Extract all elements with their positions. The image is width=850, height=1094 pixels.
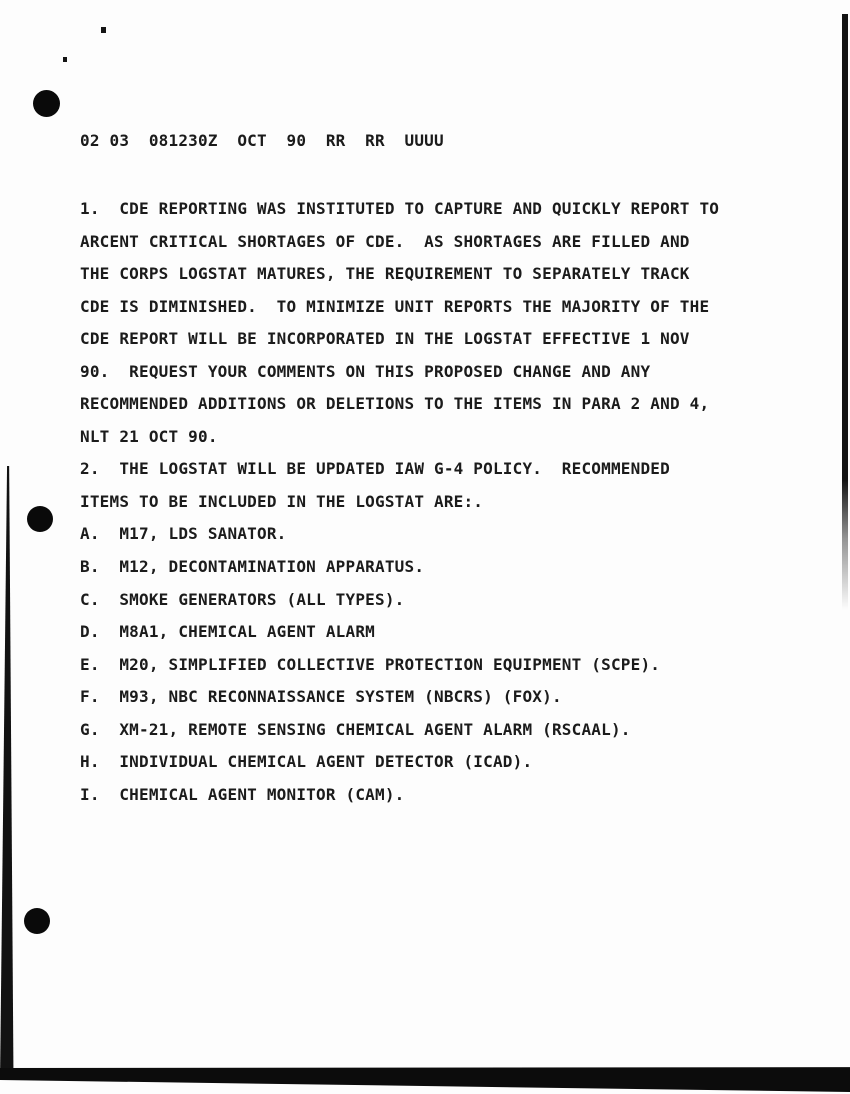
- document-line: 2. THE LOGSTAT WILL BE UPDATED IAW G-4 P…: [80, 453, 719, 486]
- document-line: C. SMOKE GENERATORS (ALL TYPES).: [80, 584, 719, 617]
- document-page: 02 03 081230Z OCT 90 RR RR UUUU 1. CDE R…: [0, 0, 850, 1094]
- hole-punch-mark: [33, 90, 60, 117]
- scan-edge-bottom: [0, 1066, 850, 1094]
- document-line: A. M17, LDS SANATOR.: [80, 518, 719, 551]
- document-line: ITEMS TO BE INCLUDED IN THE LOGSTAT ARE:…: [80, 486, 719, 519]
- document-line: B. M12, DECONTAMINATION APPARATUS.: [80, 551, 719, 584]
- document-line: G. XM-21, REMOTE SENSING CHEMICAL AGENT …: [80, 714, 719, 747]
- hole-punch-mark: [27, 506, 53, 532]
- scan-edge-left: [0, 466, 15, 1080]
- document-line: CDE REPORT WILL BE INCORPORATED IN THE L…: [80, 323, 719, 356]
- document-line: I. CHEMICAL AGENT MONITOR (CAM).: [80, 779, 719, 812]
- document-line: THE CORPS LOGSTAT MATURES, THE REQUIREME…: [80, 258, 719, 291]
- hole-punch-mark: [24, 908, 50, 934]
- scan-speck: [63, 57, 67, 62]
- document-line: RECOMMENDED ADDITIONS OR DELETIONS TO TH…: [80, 388, 719, 421]
- scan-edge-right: [842, 14, 848, 610]
- document-line: 90. REQUEST YOUR COMMENTS ON THIS PROPOS…: [80, 356, 719, 389]
- message-header-line: 02 03 081230Z OCT 90 RR RR UUUU: [80, 131, 444, 151]
- scan-speck: [101, 27, 106, 33]
- document-line: F. M93, NBC RECONNAISSANCE SYSTEM (NBCRS…: [80, 681, 719, 714]
- document-line: CDE IS DIMINISHED. TO MINIMIZE UNIT REPO…: [80, 291, 719, 324]
- message-body: 1. CDE REPORTING WAS INSTITUTED TO CAPTU…: [80, 193, 719, 811]
- document-line: H. INDIVIDUAL CHEMICAL AGENT DETECTOR (I…: [80, 746, 719, 779]
- document-line: ARCENT CRITICAL SHORTAGES OF CDE. AS SHO…: [80, 226, 719, 259]
- document-line: 1. CDE REPORTING WAS INSTITUTED TO CAPTU…: [80, 193, 719, 226]
- document-line: D. M8A1, CHEMICAL AGENT ALARM: [80, 616, 719, 649]
- document-line: NLT 21 OCT 90.: [80, 421, 719, 454]
- document-line: E. M20, SIMPLIFIED COLLECTIVE PROTECTION…: [80, 649, 719, 682]
